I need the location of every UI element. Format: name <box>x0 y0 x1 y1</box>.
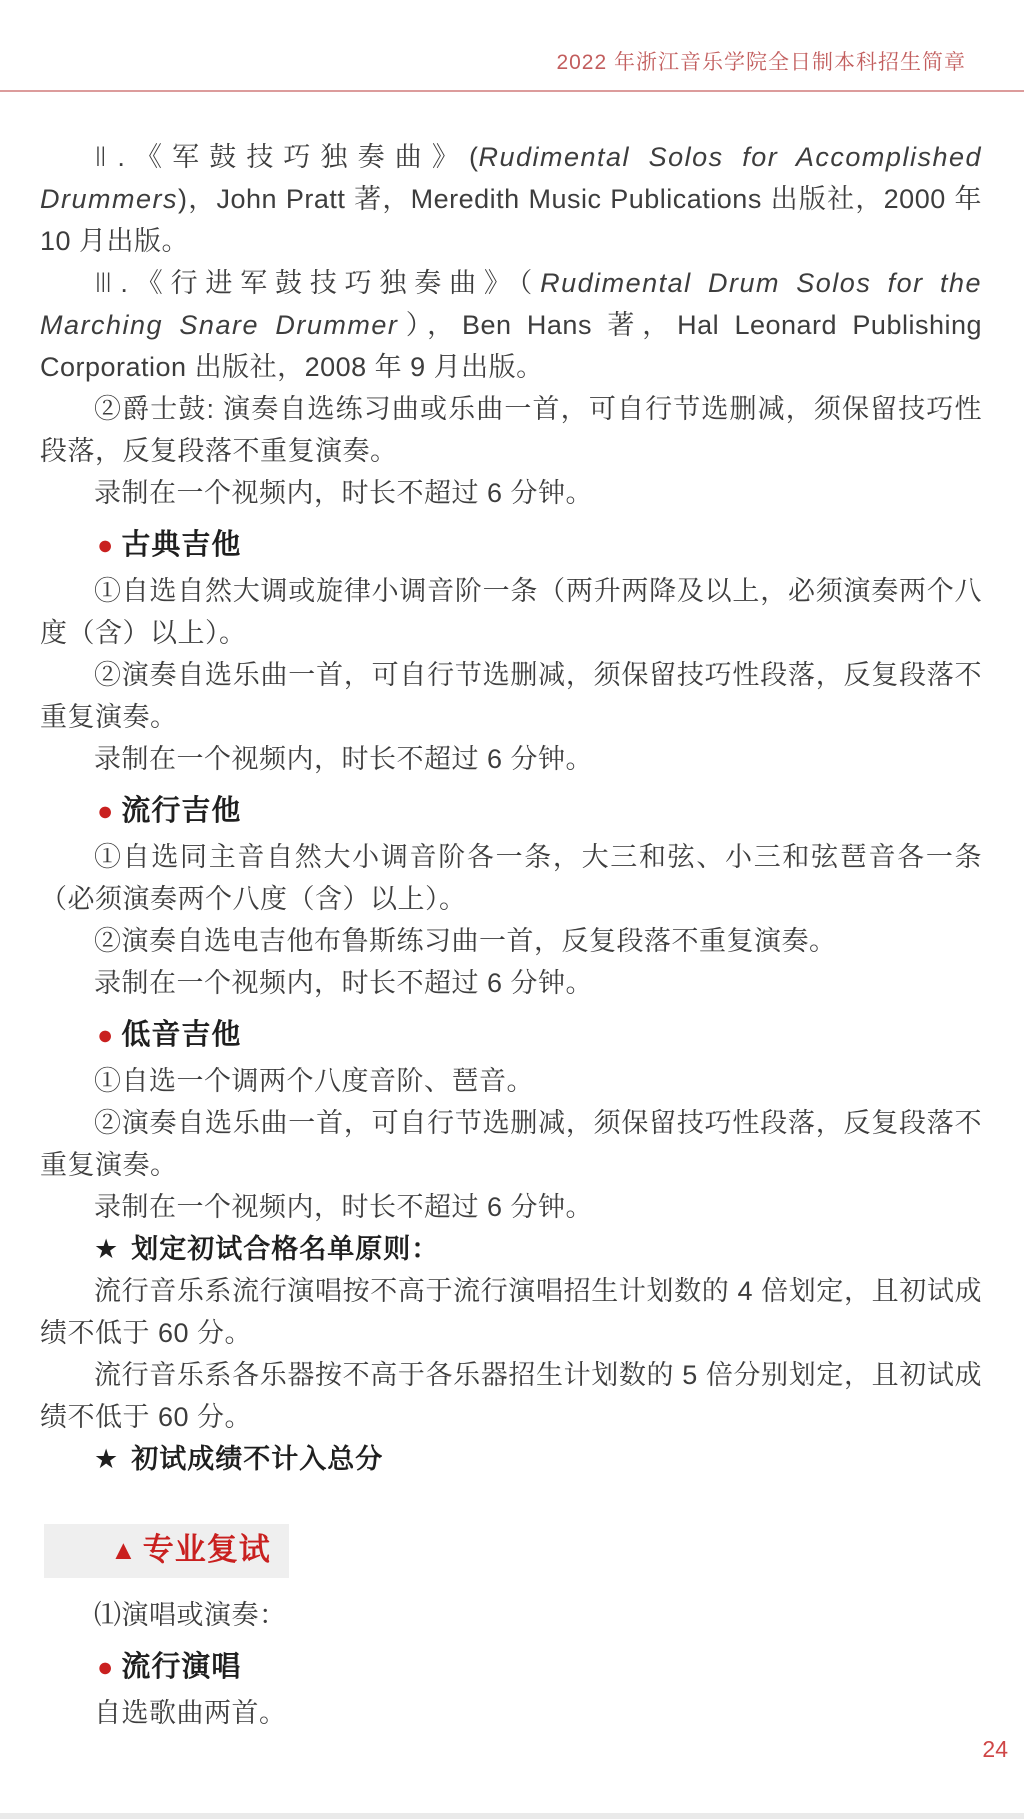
pop-vocal-label: 流行演唱 <box>121 1651 241 1683</box>
page-content: Ⅱ.《军鼓技巧独奏曲》(Rudimental Solos for Accompl… <box>0 92 1024 1734</box>
red-dot-icon: ● <box>97 530 114 560</box>
para-video-limit-pop: 录制在一个视频内，时长不超过 6 分钟。 <box>40 962 982 1004</box>
star-heading-shortlist-rule: ★划定初试合格名单原则： <box>40 1228 982 1270</box>
page-header: 2022 年浙江音乐学院全日制本科招生简章 <box>0 0 1024 92</box>
brochure-page: 2022 年浙江音乐学院全日制本科招生简章 Ⅱ.《军鼓技巧独奏曲》(Rudime… <box>0 0 1024 1819</box>
section-heading-classical-guitar: ●古典吉他 <box>40 524 982 566</box>
header-title: 2022 年浙江音乐学院全日制本科招生简章 <box>0 0 1024 76</box>
section-heading-pop-guitar: ●流行吉他 <box>40 790 982 832</box>
para-pop-guitar-item-2: ②演奏自选电吉他布鲁斯练习曲一首，反复段落不重复演奏。 <box>40 920 982 962</box>
para-snare-book-3: Ⅲ.《行进军鼓技巧独奏曲》（Rudimental Drum Solos for … <box>40 262 982 388</box>
para-video-limit-classical: 录制在一个视频内，时长不超过 6 分钟。 <box>40 738 982 780</box>
para-pop-guitar-item-1: ①自选同主音自然大小调音阶各一条，大三和弦、小三和弦琶音各一条（必须演奏两个八度… <box>40 836 982 920</box>
book-2-post-text: )，John Pratt 著，Meredith Music Publicatio… <box>40 184 982 256</box>
prelim-score-note-label: 初试成绩不计入总分 <box>131 1444 383 1474</box>
page-number: 24 <box>982 1736 1008 1763</box>
shortlist-rule-label: 划定初试合格名单原则： <box>131 1234 439 1264</box>
para-retest-item-label: ⑴演唱或演奏： <box>40 1594 982 1636</box>
para-bass-guitar-item-1: ①自选一个调两个八度音阶、琶音。 <box>40 1060 982 1102</box>
section-heading-pop-vocal: ●流行演唱 <box>40 1646 982 1688</box>
star-icon: ★ <box>94 1234 119 1264</box>
book-2-pre-text: Ⅱ.《军鼓技巧独奏曲》( <box>94 142 478 172</box>
red-dot-icon: ● <box>97 796 114 826</box>
retest-heading-label: 专业复试 <box>143 1532 271 1567</box>
para-jazz-drum: ②爵士鼓: 演奏自选练习曲或乐曲一首，可自行节选删减，须保留技巧性段落，反复段落… <box>40 388 982 472</box>
section-heading-professional-retest: ▲专业复试 <box>44 1524 289 1578</box>
page-bottom-edge <box>0 1813 1024 1819</box>
para-shortlist-rule-1: 流行音乐系流行演唱按不高于流行演唱招生计划数的 4 倍划定，且初试成绩不低于 6… <box>40 1270 982 1354</box>
red-dot-icon: ● <box>97 1020 114 1050</box>
star-heading-prelim-score-note: ★初试成绩不计入总分 <box>40 1438 982 1480</box>
para-classical-guitar-item-1: ①自选自然大调或旋律小调音阶一条（两升两降及以上，必须演奏两个八度（含）以上）。 <box>40 570 982 654</box>
para-video-limit-jazz: 录制在一个视频内，时长不超过 6 分钟。 <box>40 472 982 514</box>
bass-guitar-label: 低音吉他 <box>121 1019 241 1051</box>
para-pop-vocal-item: 自选歌曲两首。 <box>40 1692 982 1734</box>
book-3-pre-text: Ⅲ.《行进军鼓技巧独奏曲》（ <box>94 268 540 298</box>
para-video-limit-bass: 录制在一个视频内，时长不超过 6 分钟。 <box>40 1186 982 1228</box>
para-snare-book-2: Ⅱ.《军鼓技巧独奏曲》(Rudimental Solos for Accompl… <box>40 136 982 262</box>
para-shortlist-rule-2: 流行音乐系各乐器按不高于各乐器招生计划数的 5 倍分别划定，且初试成绩不低于 6… <box>40 1354 982 1438</box>
classical-guitar-label: 古典吉他 <box>121 529 241 561</box>
red-dot-icon: ● <box>97 1652 114 1682</box>
section-heading-bass-guitar: ●低音吉他 <box>40 1014 982 1056</box>
star-icon: ★ <box>94 1444 119 1474</box>
red-triangle-icon: ▲ <box>110 1535 138 1565</box>
para-bass-guitar-item-2: ②演奏自选乐曲一首，可自行节选删减，须保留技巧性段落，反复段落不重复演奏。 <box>40 1102 982 1186</box>
review-banner-row: ▲专业复试 <box>40 1480 982 1594</box>
para-classical-guitar-item-2: ②演奏自选乐曲一首，可自行节选删减，须保留技巧性段落，反复段落不重复演奏。 <box>40 654 982 738</box>
pop-guitar-label: 流行吉他 <box>121 795 241 827</box>
